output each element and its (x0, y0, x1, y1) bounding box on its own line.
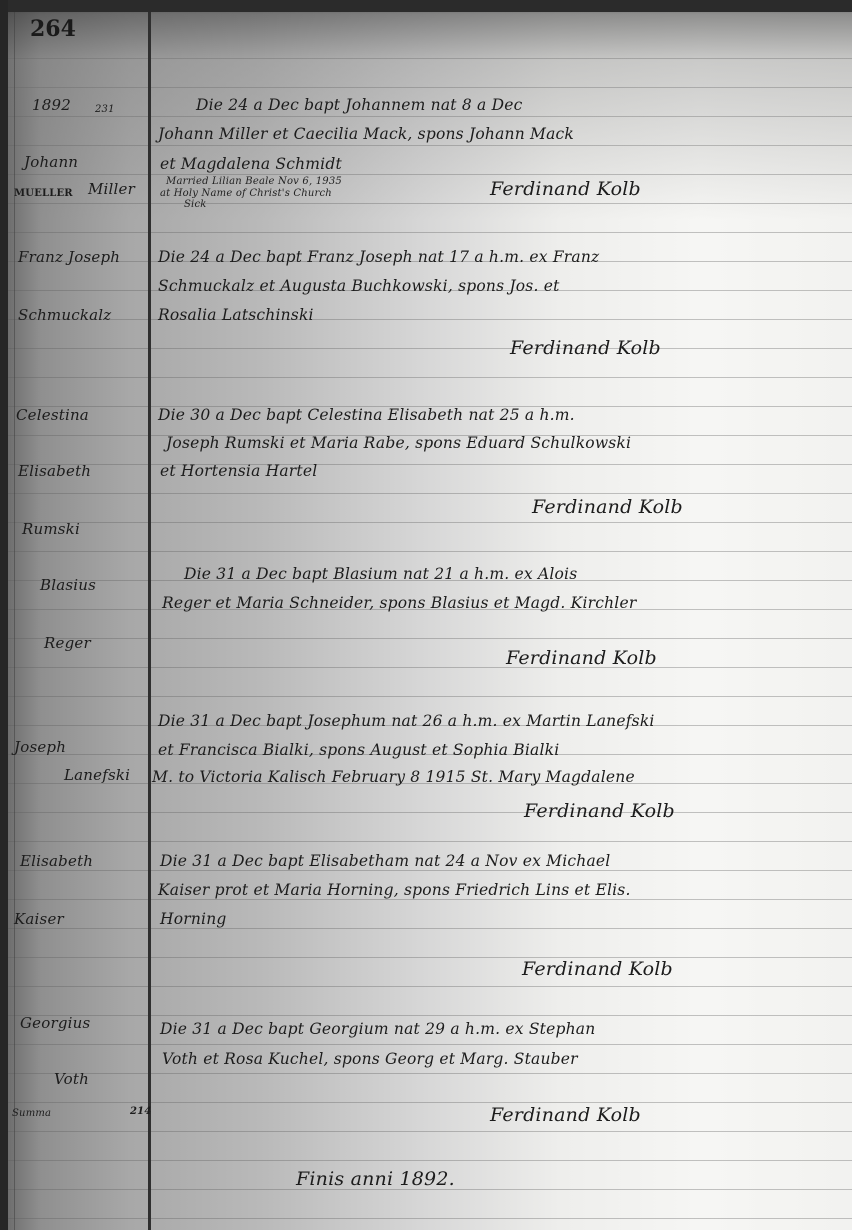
entry-line: Die 31 a Dec bapt Elisabetham nat 24 a N… (160, 852, 610, 870)
margin-annotation: MUELLER (14, 188, 73, 199)
margin-name-line1: Georgius (20, 1014, 90, 1032)
entry-line: Die 31 a Dec bapt Georgium nat 29 a h.m.… (160, 1020, 595, 1038)
priest-signature: Ferdinand Kolb (522, 958, 673, 980)
entry-line: Schmuckalz et Augusta Buchkowski, spons … (158, 277, 560, 295)
priest-signature: Ferdinand Kolb (510, 337, 661, 359)
priest-signature: Ferdinand Kolb (490, 1104, 641, 1126)
margin-name-line2: Reger (44, 634, 91, 652)
annotation-note: at Holy Name of Christ's Church (160, 188, 332, 199)
closing-line: Finis anni 1892. (296, 1168, 455, 1190)
entry-line: Die 30 a Dec bapt Celestina Elisabeth na… (158, 406, 575, 424)
register-page: 264 1892 231 Johann MUELLER Miller Die 2… (0, 0, 852, 1230)
entry-line: Joseph Rumski et Maria Rabe, spons Eduar… (166, 434, 631, 452)
margin-name-line2: Miller (88, 180, 135, 198)
entry-line: et Francisca Bialki, spons August et Sop… (158, 741, 559, 759)
priest-signature: Ferdinand Kolb (524, 800, 675, 822)
margin-name-line1: Blasius (40, 576, 96, 594)
margin-name-line2: Kaiser (14, 910, 64, 928)
margin-name-line1: Franz Joseph (18, 248, 120, 266)
entry-line: Die 24 a Dec bapt Johannem nat 8 a Dec (196, 96, 523, 114)
margin-ref: 231 (95, 104, 115, 115)
entry-line: Voth et Rosa Kuchel, spons Georg et Marg… (162, 1050, 578, 1068)
priest-signature: Ferdinand Kolb (532, 496, 683, 518)
margin-year: 1892 (32, 96, 71, 114)
entry-line: Kaiser prot et Maria Horning, spons Frie… (158, 881, 631, 899)
entry-line: et Hortensia Hartel (160, 462, 317, 480)
margin-name-line2: Elisabeth (18, 462, 91, 480)
page-number: 264 (30, 16, 76, 42)
margin-name-line2: Schmuckalz (18, 306, 111, 324)
entry-line: Die 31 a Dec bapt Blasium nat 21 a h.m. … (184, 565, 577, 583)
entry-line: Die 31 a Dec bapt Josephum nat 26 a h.m.… (158, 712, 655, 730)
margin-summa-label: Summa (12, 1108, 51, 1119)
entry-line: Horning (160, 910, 227, 928)
scan-edge-top (0, 0, 852, 12)
margin-name-line1: Joseph (14, 738, 66, 756)
column-divider (148, 12, 151, 1230)
margin-name-line1: Elisabeth (20, 852, 93, 870)
margin-name-line2: Lanefski (64, 766, 130, 784)
priest-signature: Ferdinand Kolb (490, 178, 641, 200)
annotation-note: Married Lilian Beale Nov 6, 1935 (166, 176, 342, 187)
annotation-note: Sick (184, 199, 207, 210)
entry-line: Johann Miller et Caecilia Mack, spons Jo… (158, 125, 574, 143)
scan-edge-left (0, 0, 8, 1230)
margin-name-line1: Johann (24, 153, 78, 171)
entry-line: Die 24 a Dec bapt Franz Joseph nat 17 a … (158, 248, 599, 266)
annotation-note: M. to Victoria Kalisch February 8 1915 S… (152, 768, 635, 786)
entry-line: Reger et Maria Schneider, spons Blasius … (162, 594, 636, 612)
priest-signature: Ferdinand Kolb (506, 647, 657, 669)
margin-name-line1: Celestina (16, 406, 89, 424)
margin-name-line3: Rumski (22, 520, 80, 538)
entry-line: et Magdalena Schmidt (160, 155, 342, 173)
margin-name-line2: Voth (54, 1070, 89, 1088)
margin-summa-count: 214 (130, 1106, 151, 1117)
entry-line: Rosalia Latschinski (158, 306, 314, 324)
